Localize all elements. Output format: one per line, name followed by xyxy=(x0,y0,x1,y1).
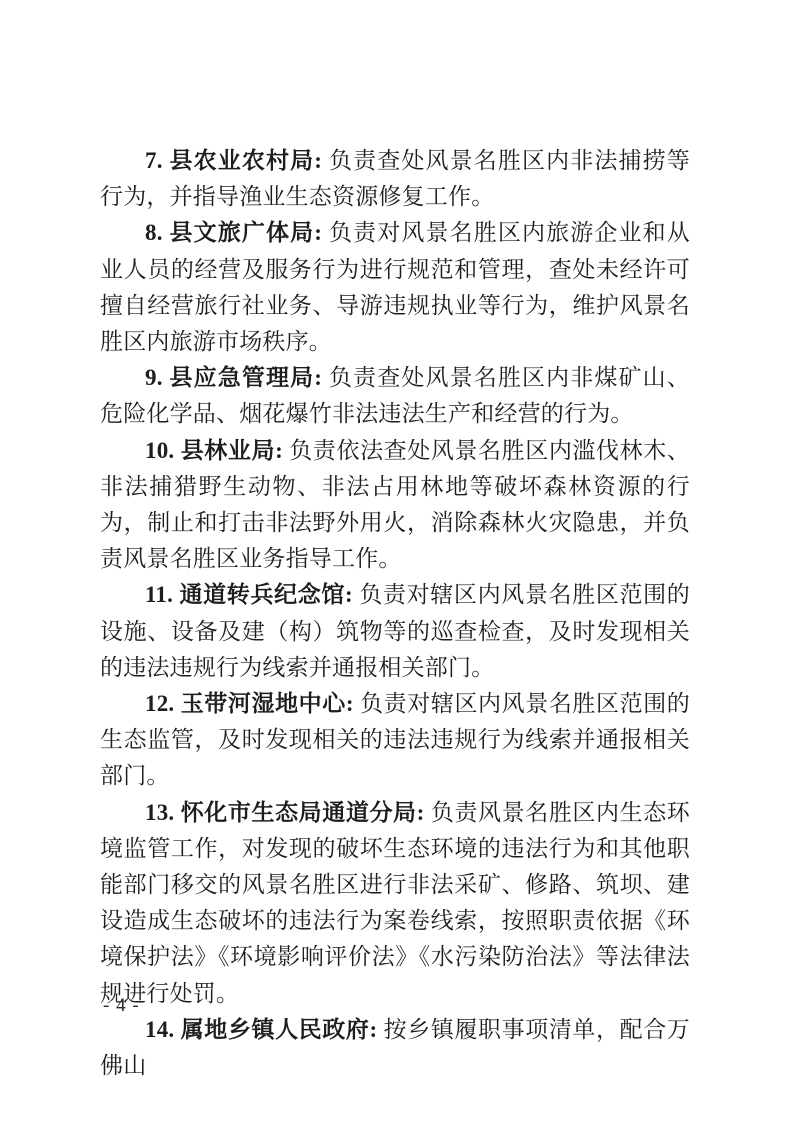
document-body: 7. 县农业农村局: 负责查处风景名胜区内非法捕捞等行为，并指导渔业生态资源修复… xyxy=(100,143,690,1084)
list-item: 13. 怀化市生态局通道分局: 负责风景名胜区内生态环境监管工作，对发现的破坏生… xyxy=(100,795,690,1012)
page-number: - 4 - xyxy=(103,995,140,1017)
item-heading: 10. 县林业局: xyxy=(145,438,283,463)
list-item: 14. 属地乡镇人民政府: 按乡镇履职事项清单，配合万佛山 xyxy=(100,1012,690,1084)
list-item: 10. 县林业局: 负责依法查处风景名胜区内滥伐林木、非法捕猎野生动物、非法占用… xyxy=(100,433,690,578)
item-heading: 7. 县农业农村局: xyxy=(145,148,322,173)
list-item: 8. 县文旅广体局: 负责对风景名胜区内旅游企业和从业人员的经营及服务行为进行规… xyxy=(100,215,690,360)
list-item: 7. 县农业农村局: 负责查处风景名胜区内非法捕捞等行为，并指导渔业生态资源修复… xyxy=(100,143,690,215)
item-text: 负责风景名胜区内生态环境监管工作，对发现的破坏生态环境的违法行为和其他职能部门移… xyxy=(100,800,690,1006)
list-item: 11. 通道转兵纪念馆: 负责对辖区内风景名胜区范围的设施、设备及建（构）筑物等… xyxy=(100,577,690,686)
item-heading: 12. 玉带河湿地中心: xyxy=(145,691,354,716)
list-item: 12. 玉带河湿地中心: 负责对辖区内风景名胜区范围的生态监管，及时发现相关的违… xyxy=(100,686,690,795)
item-heading: 9. 县应急管理局: xyxy=(145,365,322,390)
document-page: 7. 县农业农村局: 负责查处风景名胜区内非法捕捞等行为，并指导渔业生态资源修复… xyxy=(0,0,793,1122)
item-heading: 14. 属地乡镇人民政府: xyxy=(145,1017,377,1042)
item-heading: 11. 通道转兵纪念馆: xyxy=(145,582,353,607)
item-heading: 8. 县文旅广体局: xyxy=(145,220,322,245)
list-item: 9. 县应急管理局: 负责查处风景名胜区内非煤矿山、危险化学品、烟花爆竹非法违法… xyxy=(100,360,690,432)
item-heading: 13. 怀化市生态局通道分局: xyxy=(145,800,425,825)
